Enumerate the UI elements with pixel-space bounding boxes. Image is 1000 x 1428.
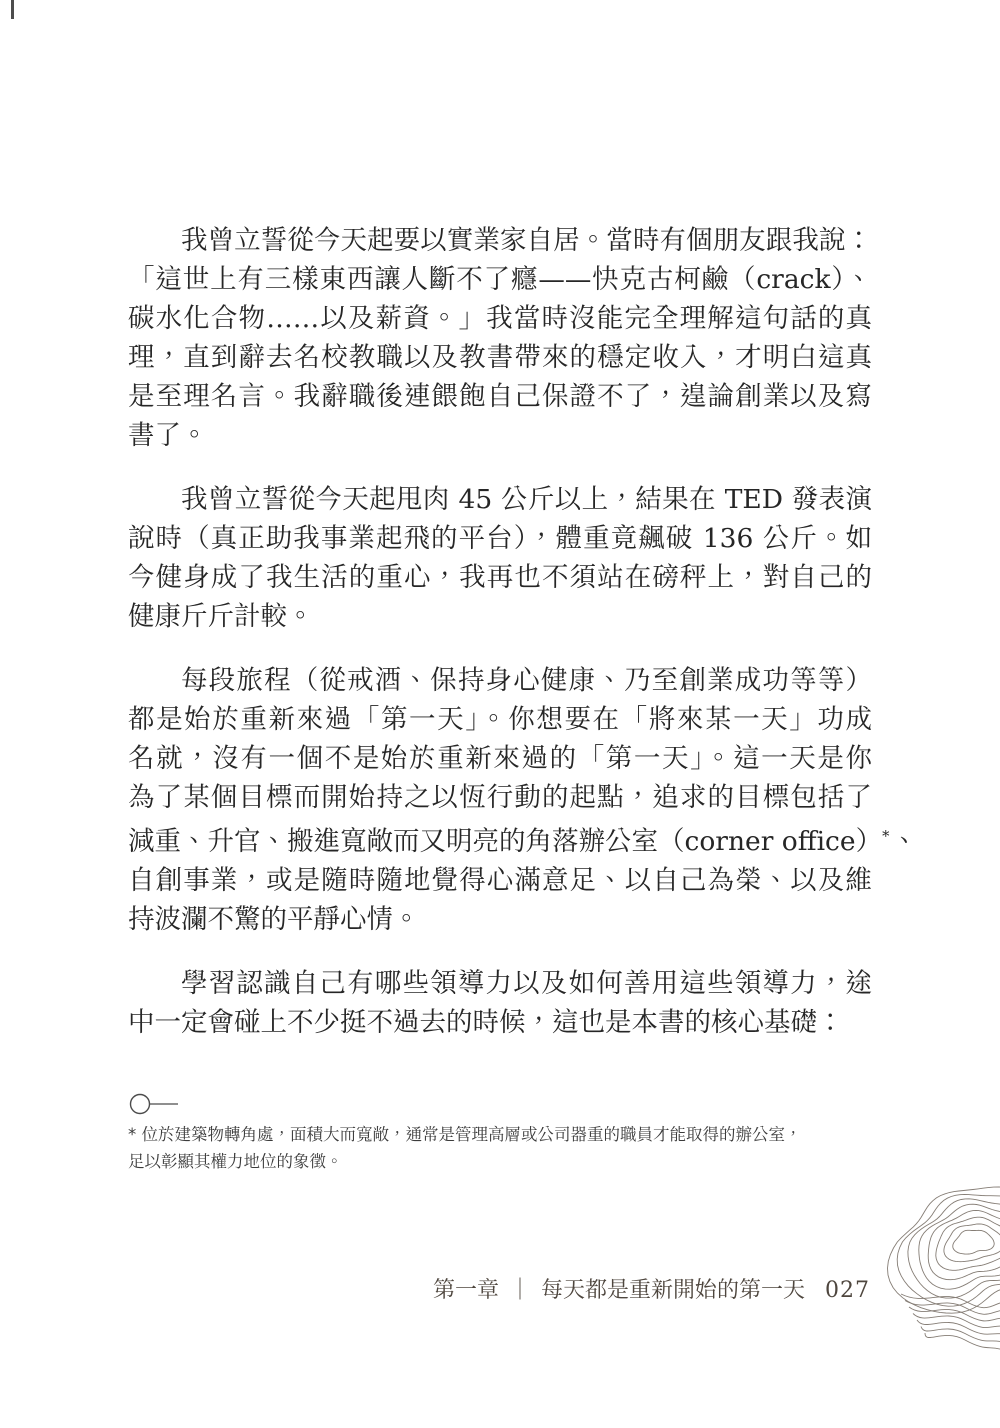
book-page: { "page": { "background": "#ffffff", "bo… [0, 0, 1000, 1428]
text-line: 我曾立誓從今天起甩肉 45 公斤以上，結果在 TED 發表演 [128, 480, 872, 519]
footnote-line: 足以彰顯其權力地位的象徵。 [128, 1148, 872, 1175]
footer-chapter-title: 每天都是重新開始的第一天 [541, 1278, 805, 1303]
text-line: 說時（真正助我事業起飛的平台），體重竟飆破 136 公斤。如 [128, 519, 872, 558]
text-line: 持波瀾不驚的平靜心情。 [128, 900, 872, 939]
text-line: 減重、升官、搬進寬敞而又明亮的角落辦公室（corner office）*、 [128, 817, 872, 861]
footnote-line: * 位於建築物轉角處，面積大而寬敞，通常是管理高層或公司器重的職員才能取得的辦公… [128, 1121, 872, 1148]
text-line: 每段旅程（從戒酒、保持身心健康、乃至創業成功等等） [128, 661, 872, 700]
crop-mark [11, 0, 14, 19]
text-line: 中一定會碰上不少挺不過去的時候，這也是本書的核心基礎： [128, 1003, 872, 1042]
text-line: 都是始於重新來過「第一天」。你想要在「將來某一天」功成 [128, 700, 872, 739]
text-line: 書了。 [128, 416, 872, 455]
footnote-text: * 位於建築物轉角處，面積大而寬敞，通常是管理高層或公司器重的職員才能取得的辦公… [128, 1121, 872, 1175]
paragraph: 我曾立誓從今天起甩肉 45 公斤以上，結果在 TED 發表演說時（真正助我事業起… [128, 480, 872, 636]
text-line: 是至理名言。我辭職後連餵飽自己保證不了，遑論創業以及寫 [128, 377, 872, 416]
footnote-reference-asterisk: * [882, 828, 891, 845]
text-line: 健康斤斤計較。 [128, 597, 872, 636]
page-footer: 第一章｜每天都是重新開始的第一天027 [433, 1276, 870, 1306]
footer-separator: ｜ [499, 1278, 541, 1303]
contour-pattern-decoration [885, 1184, 1000, 1356]
text-line: 碳水化合物……以及薪資。」我當時沒能完全理解這句話的真 [128, 299, 872, 338]
text-line: 自創事業，或是隨時隨地覺得心滿意足、以自己為榮、以及維 [128, 861, 872, 900]
text-line: 學習認識自己有哪些領導力以及如何善用這些領導力，途 [128, 964, 872, 1003]
footnote-divider-icon [129, 1092, 189, 1118]
text-line: 名就，沒有一個不是始於重新來過的「第一天」。這一天是你 [128, 739, 872, 778]
text-line: 我曾立誓從今天起要以實業家自居。當時有個朋友跟我說： [128, 221, 872, 260]
text-line: 「這世上有三樣東西讓人斷不了癮——快克古柯鹼（crack）、 [128, 260, 872, 299]
body-text: 我曾立誓從今天起要以實業家自居。當時有個朋友跟我說：「這世上有三樣東西讓人斷不了… [128, 221, 872, 1042]
paragraph: 學習認識自己有哪些領導力以及如何善用這些領導力，途中一定會碰上不少挺不過去的時候… [128, 964, 872, 1042]
text-line: 為了某個目標而開始持之以恆行動的起點，追求的目標包括了 [128, 778, 872, 817]
paragraph: 我曾立誓從今天起要以實業家自居。當時有個朋友跟我說：「這世上有三樣東西讓人斷不了… [128, 221, 872, 455]
page-number: 027 [825, 1278, 870, 1303]
footer-chapter: 第一章 [433, 1278, 499, 1303]
text-line: 今健身成了我生活的重心，我再也不須站在磅秤上，對自己的 [128, 558, 872, 597]
text-line: 理，直到辭去名校教職以及教書帶來的穩定收入，才明白這真 [128, 338, 872, 377]
paragraph: 每段旅程（從戒酒、保持身心健康、乃至創業成功等等）都是始於重新來過「第一天」。你… [128, 661, 872, 939]
